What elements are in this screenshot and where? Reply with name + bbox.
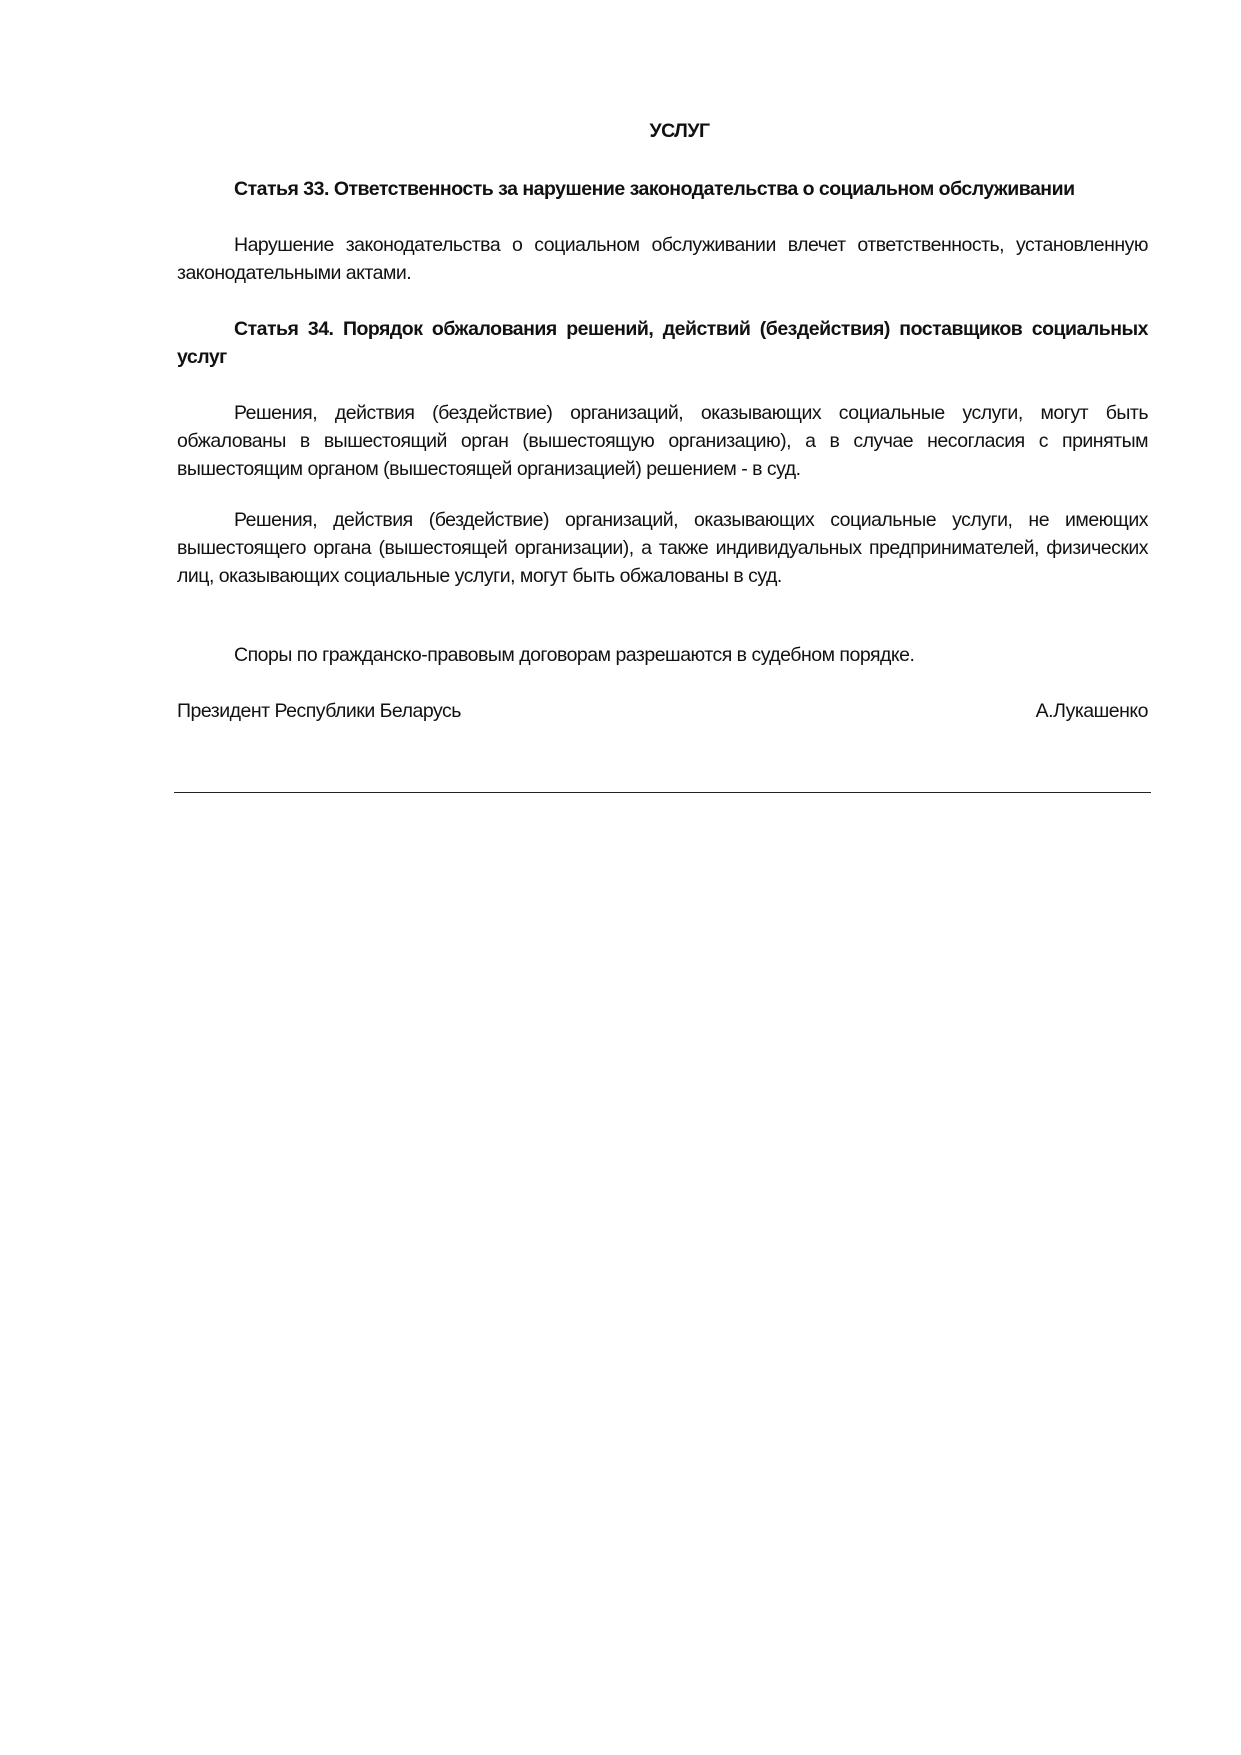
signatory-position: Президент Республики Беларусь xyxy=(177,697,461,725)
article-34-paragraph-2: Решения, действия (бездействие) организа… xyxy=(177,506,1148,590)
article-33-paragraph-1: Нарушение законодательства о социальном … xyxy=(177,231,1148,287)
article-34-paragraph-3: Споры по гражданско-правовым договорам р… xyxy=(177,641,1148,669)
signature-block: Президент Республики Беларусь А.Лукашенк… xyxy=(177,697,1148,725)
article-34-paragraph-1: Решения, действия (бездействие) организа… xyxy=(177,399,1148,483)
footer-divider xyxy=(174,792,1151,793)
article-34-title: Статья 34. Порядок обжалования решений, … xyxy=(177,315,1148,371)
signatory-name: А.Лукашенко xyxy=(1036,697,1148,725)
article-33-title: Статья 33. Ответственность за нарушение … xyxy=(177,175,1148,203)
section-heading-continued: УСЛУГ xyxy=(194,117,1165,145)
